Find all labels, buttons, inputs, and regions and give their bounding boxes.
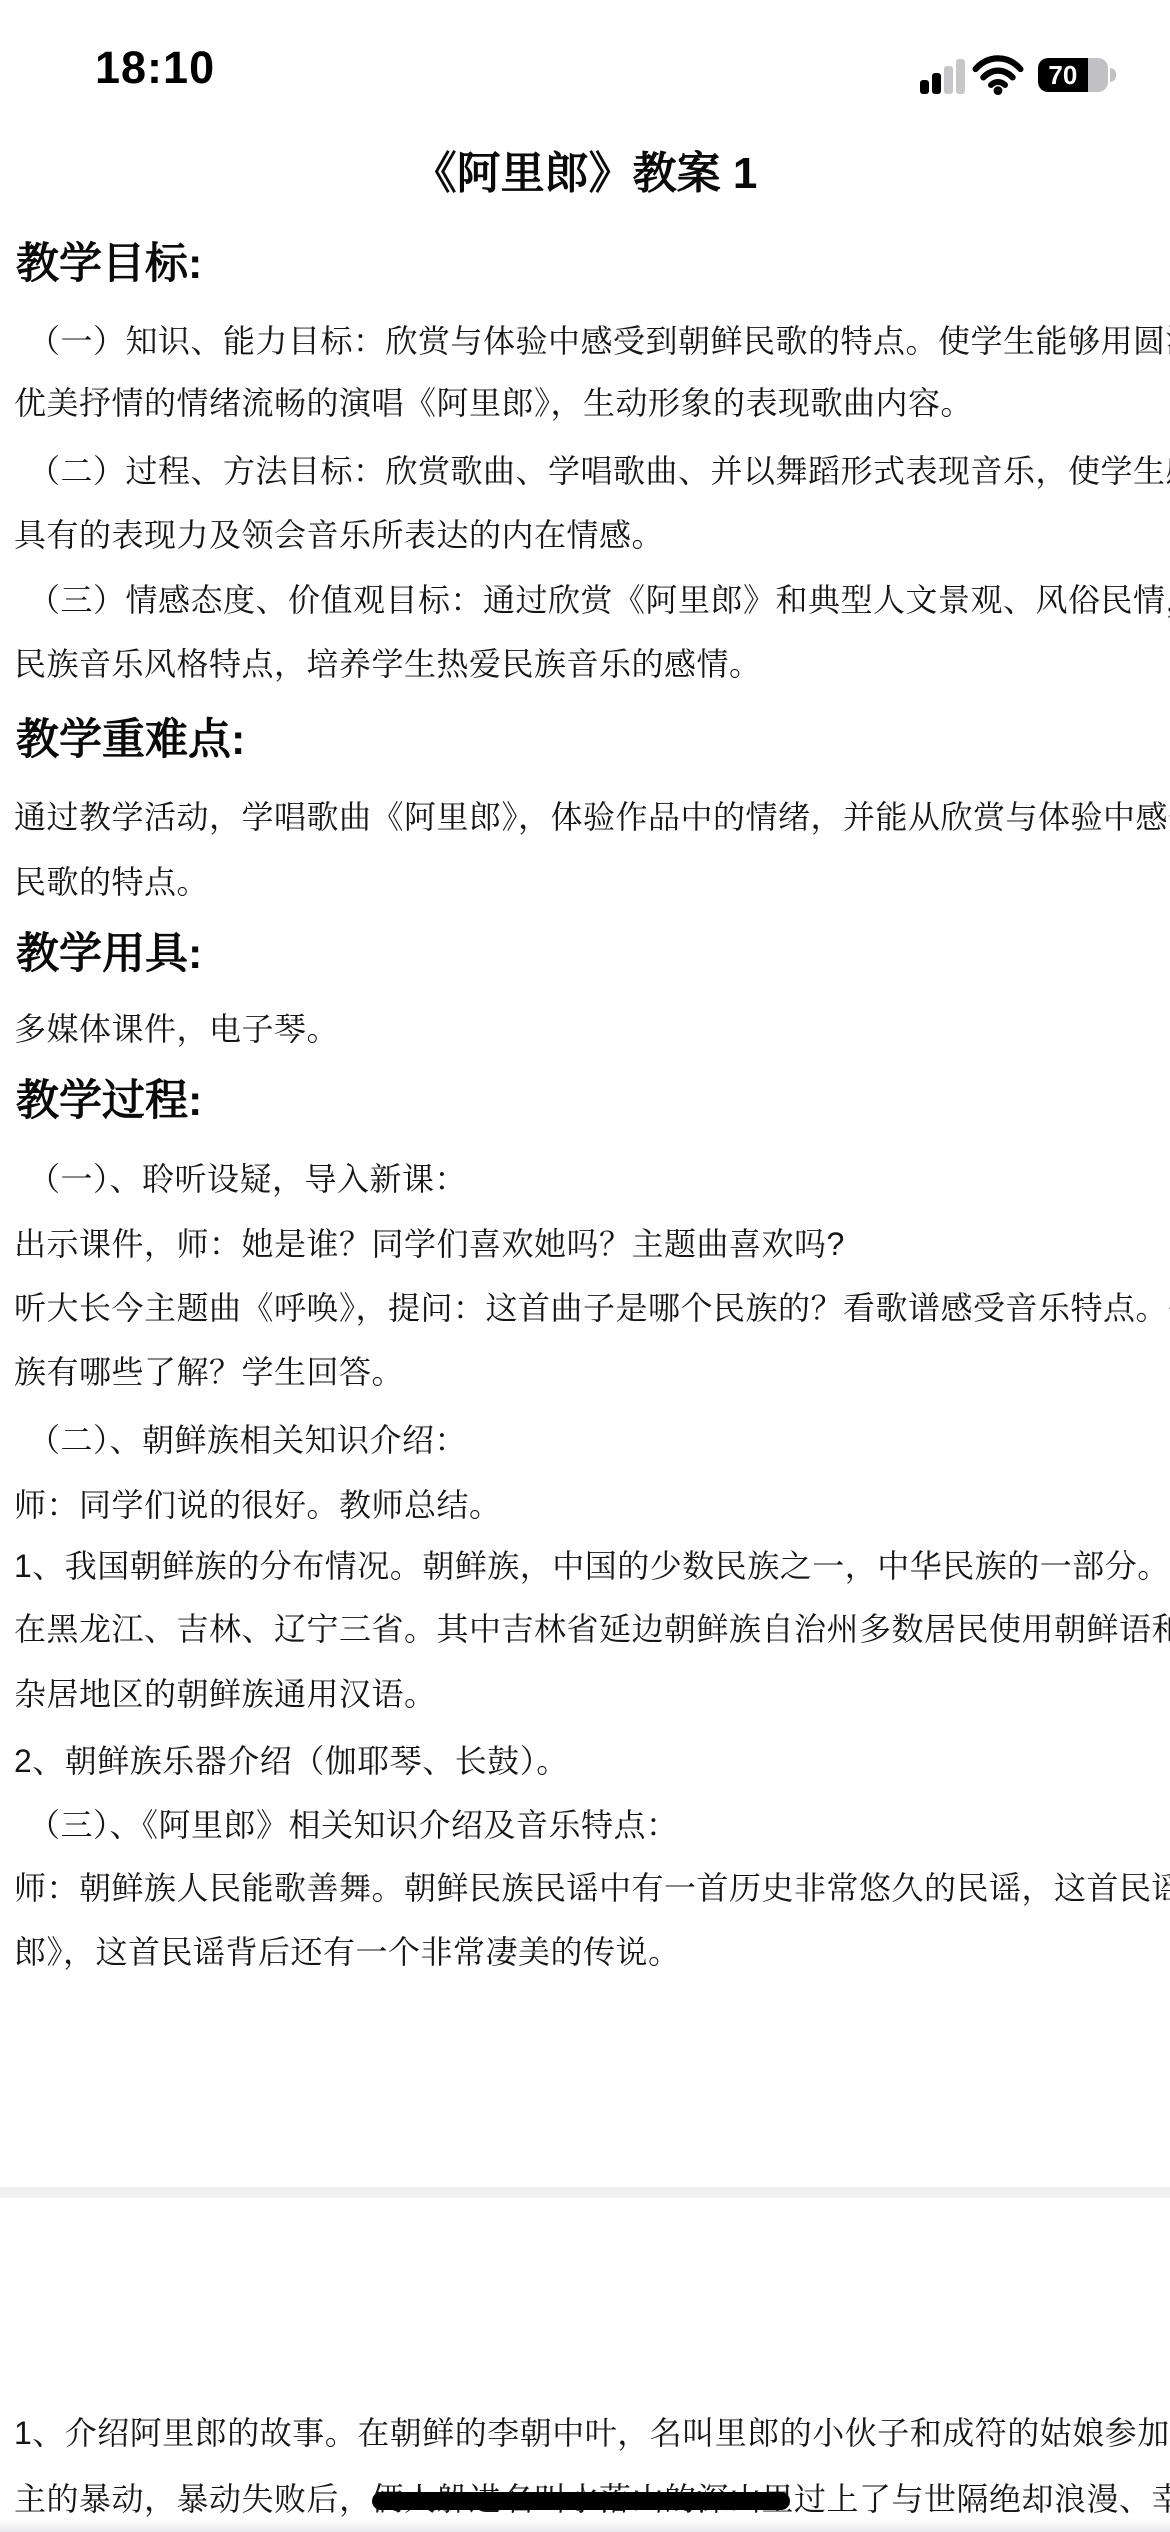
document-scroll-area[interactable]: 《阿里郎》教案 1 教学目标: （一）知识、能力目标：欣赏与体验中感受到朝鲜民歌… [0, 0, 1170, 2532]
doc-line: 郎》，这首民谣背后还有一个非常凄美的传说。 [14, 1932, 681, 1972]
doc-line: 多媒体课件，电子琴。 [14, 1009, 339, 1049]
doc-line: （二）过程、方法目标：欣赏歌曲、学唱歌曲、并以舞蹈形式表现音乐，使学生感受音乐所 [28, 451, 1170, 491]
battery-cap [1110, 68, 1116, 82]
home-indicator-handle[interactable] [372, 2492, 790, 2510]
doc-line: 听大长今主题曲《呼唤》，提问：这首曲子是哪个民族的？看歌谱感受音乐特点。你对朝鲜 [14, 1288, 1170, 1328]
doc-line: （一）、聆听设疑，导入新课： [28, 1159, 467, 1199]
doc-line: （三）、《阿里郎》相关知识介绍及音乐特点： [28, 1805, 679, 1845]
doc-line: 族有哪些了解？学生回答。 [14, 1352, 404, 1392]
status-time: 18:10 [95, 44, 215, 92]
battery-body: 70 [1038, 58, 1108, 92]
page-bottom-shadow [0, 2518, 1170, 2532]
doc-line: 具有的表现力及领会音乐所表达的内在情感。 [14, 515, 664, 555]
doc-line: 民族音乐风格特点，培养学生热爱民族音乐的感情。 [14, 644, 762, 684]
doc-line: 杂居地区的朝鲜族通用汉语。 [14, 1674, 437, 1714]
section-heading-goals: 教学目标: [16, 240, 202, 288]
doc-line: 民歌的特点。 [14, 862, 209, 902]
doc-line: 1、介绍阿里郎的故事。在朝鲜的李朝中叶，名叫里郎的小伙子和成符的姑娘参加了反抗地 [14, 2413, 1170, 2453]
doc-line: 优美抒情的情绪流畅的演唱《阿里郎》，生动形象的表现歌曲内容。 [14, 383, 973, 423]
page-break-divider [0, 2187, 1170, 2198]
section-heading-tools: 教学用具: [16, 930, 202, 978]
section-heading-process: 教学过程: [16, 1077, 202, 1125]
doc-line: 在黑龙江、吉林、辽宁三省。其中吉林省延边朝鲜族自治州多数居民使用朝鲜语和朝鲜文。 [14, 1609, 1170, 1649]
doc-line: 通过教学活动，学唱歌曲《阿里郎》，体验作品中的情绪，并能从欣赏与体验中感受到朝鲜 [14, 797, 1170, 837]
doc-line: 2、朝鲜族乐器介绍（伽耶琴、长鼓）。 [14, 1741, 569, 1781]
phone-screen: 《阿里郎》教案 1 教学目标: （一）知识、能力目标：欣赏与体验中感受到朝鲜民歌… [0, 0, 1170, 2532]
document-title: 《阿里郎》教案 1 [0, 149, 1170, 199]
battery-icon: 70 [1038, 58, 1116, 92]
doc-line: （二）、朝鲜族相关知识介绍： [28, 1420, 467, 1460]
status-bar: 18:10 70 [0, 0, 1170, 130]
section-heading-key-points: 教学重难点: [16, 716, 245, 764]
wifi-icon [972, 55, 1024, 95]
doc-line: 出示课件，师：她是谁？同学们喜欢她吗？主题曲喜欢吗? [14, 1224, 845, 1264]
doc-line: 师：朝鲜族人民能歌善舞。朝鲜民族民谣中有一首历史非常悠久的民谣，这首民谣是《阿里 [14, 1868, 1170, 1908]
doc-line: （三）情感态度、价值观目标：通过欣赏《阿里郎》和典型人文景观、风俗民情，感受朝鲜 [28, 580, 1170, 620]
doc-line: 1、我国朝鲜族的分布情况。朝鲜族，中国的少数民族之一，中华民族的一部分。主要分布 [14, 1546, 1170, 1586]
doc-line: （一）知识、能力目标：欣赏与体验中感受到朝鲜民歌的特点。使学生能够用圆润的声音和 [28, 321, 1170, 361]
doc-line: 师：同学们说的很好。教师总结。 [14, 1485, 502, 1525]
cellular-signal-icon [920, 57, 966, 94]
battery-percent-label: 70 [1048, 58, 1077, 92]
battery-fill-level: 70 [1038, 58, 1088, 92]
